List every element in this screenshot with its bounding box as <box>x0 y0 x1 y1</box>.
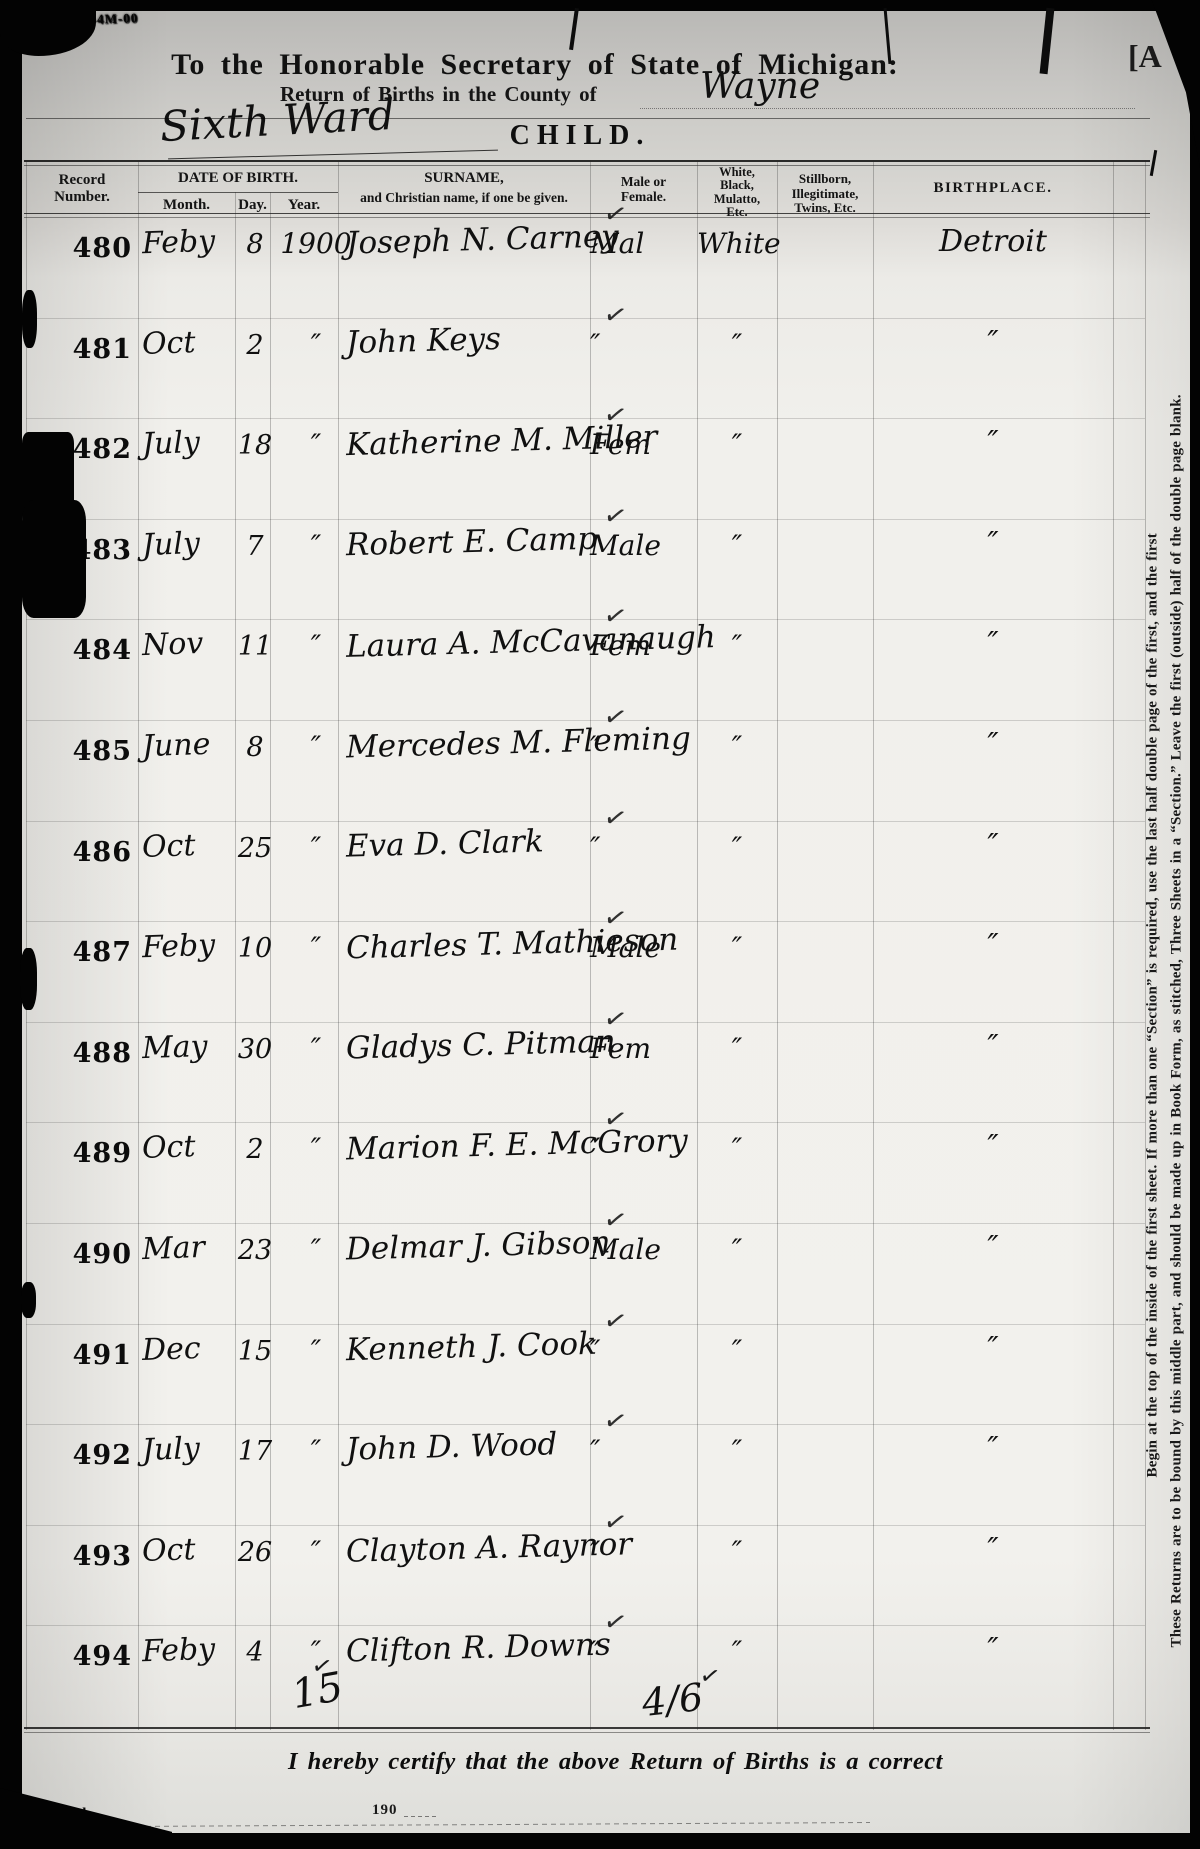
binding-instruction-line-1: These Returns are to be bound by this mi… <box>1165 313 1189 1658</box>
corner-bracket-mark: [A <box>1128 38 1162 75</box>
child-name: Mercedes M. Fleming <box>346 720 692 765</box>
birth-month: Feby <box>141 224 215 262</box>
sex-value: ″ <box>590 328 600 361</box>
child-name: Clifton R. Downs <box>346 1627 612 1670</box>
child-name: John Keys <box>346 321 502 361</box>
record-number: 489 <box>26 1138 132 1169</box>
birthplace-cell: ″ <box>873 1431 1113 1466</box>
record-number: 481 <box>26 334 132 365</box>
birth-month: Oct <box>141 325 196 362</box>
header-surname-sub: and Christian name, if one be given. <box>338 190 590 205</box>
edge-blob <box>21 1282 36 1318</box>
birth-month: Oct <box>141 1129 196 1166</box>
color-cell: ″ <box>697 730 777 763</box>
color-cell: ″ <box>697 831 777 864</box>
record-number: 492 <box>26 1440 132 1471</box>
child-name: Kenneth J. Cook <box>346 1325 598 1368</box>
birth-month: Oct <box>141 828 196 865</box>
record-number: 488 <box>26 1038 132 1069</box>
birth-month: June <box>141 727 211 764</box>
birthplace-cell: ″ <box>873 1532 1113 1567</box>
child-name: Marion F. E. McGrory <box>346 1123 689 1168</box>
birthplace-cell: ″ <box>873 626 1113 661</box>
sex-value: ″ <box>590 1635 600 1668</box>
header-date-of-birth: DATE OF BIRTH. <box>138 170 338 187</box>
child-name: Gladys C. Pitman <box>346 1023 617 1066</box>
birthplace-cell: ″ <box>873 325 1113 360</box>
record-number: 493 <box>26 1541 132 1572</box>
sex-value: ″ <box>590 1132 600 1165</box>
record-number: 486 <box>26 837 132 868</box>
record-number: 494 <box>26 1641 132 1672</box>
record-number: 484 <box>26 635 132 666</box>
sex-value: Male <box>590 931 661 964</box>
header-birthplace: BIRTHPLACE. <box>873 180 1113 197</box>
county-handwritten: Wayne <box>700 66 820 107</box>
sex-column-tally: 4/6 <box>640 1675 705 1725</box>
record-number: 480 <box>26 233 132 264</box>
scan-edge-right <box>1190 0 1200 1849</box>
sex-value: Male <box>590 1233 661 1266</box>
binding-instruction-line-2: Begin at the top of the inside of the fi… <box>1141 313 1165 1658</box>
record-number: 485 <box>26 736 132 767</box>
table-row: 482 July 18 ″ Katherine M. Miller ✓Fem ″… <box>26 418 1145 518</box>
color-cell: ″ <box>697 931 777 964</box>
header-month: Month. <box>138 197 235 214</box>
birthplace-cell: ″ <box>873 425 1113 460</box>
color-cell: ″ <box>697 1334 777 1367</box>
sex-value: ″ <box>590 730 600 763</box>
year-stub: 190 <box>372 1802 398 1819</box>
birth-month: Mar <box>141 1230 205 1267</box>
birthplace-cell: ″ <box>873 526 1113 561</box>
record-number: 491 <box>26 1340 132 1371</box>
birthplace-cell: ″ <box>873 828 1113 863</box>
header-year: Year. <box>270 197 338 214</box>
header-day: Day. <box>235 197 270 214</box>
birthplace-cell: ″ <box>873 1230 1113 1265</box>
sex-value: Fem <box>590 1032 651 1065</box>
header-stillborn: Stillborn, Illegitimate, Twins, Etc. <box>777 172 873 216</box>
birth-month: July <box>141 1431 200 1468</box>
table-row: 488 May 30 ″ Gladys C. Pitman ✓Fem ″ ″ <box>26 1022 1145 1122</box>
birth-month: July <box>141 526 200 563</box>
birth-month: July <box>141 425 200 462</box>
scan-edge-bottom <box>0 1833 1200 1849</box>
table-row: 487 Feby 10 ″ Charles T. Mathieson ✓Male… <box>26 921 1145 1021</box>
color-cell: ″ <box>697 1434 777 1467</box>
child-name: Eva D. Clark <box>346 823 545 864</box>
county-blank-line <box>640 108 1135 109</box>
header-sex: Male or Female. <box>590 174 697 204</box>
birthplace-cell: ″ <box>873 928 1113 963</box>
table-row: 486 Oct 25 ″ Eva D. Clark ✓″ ″ ″ <box>26 821 1145 921</box>
child-name: Delmar J. Gibson <box>346 1225 611 1268</box>
child-name: Robert E. Camp <box>346 521 598 564</box>
sex-value: ″ <box>590 1334 600 1367</box>
header-record-number: Record Number. <box>26 172 138 206</box>
edge-blob <box>22 290 37 348</box>
color-cell: ″ <box>697 428 777 461</box>
child-name: John D. Wood <box>346 1426 558 1468</box>
record-number: 490 <box>26 1239 132 1270</box>
color-cell: ″ <box>697 1233 777 1266</box>
scan-edge-top <box>0 0 1200 11</box>
sex-value: ″ <box>590 1434 600 1467</box>
table-row: 489 Oct 2 ″ Marion F. E. McGrory ✓″ ″ ″ <box>26 1122 1145 1222</box>
year-stub-line <box>404 1816 438 1817</box>
color-cell: ″ <box>697 328 777 361</box>
birth-month: Feby <box>141 928 215 966</box>
birthplace-cell: ″ <box>873 1129 1113 1164</box>
birthplace-cell: ″ <box>873 1029 1113 1064</box>
table-row: 484 Nov 11 ″ Laura A. McCavanaugh ✓Fem ″… <box>26 619 1145 719</box>
table-row: 480 Feby 8 1900 Joseph N. Carney ✓Mal Wh… <box>26 217 1145 317</box>
sex-value: ″ <box>590 831 600 864</box>
edge-blob <box>22 500 86 618</box>
birth-month: Oct <box>141 1532 196 1569</box>
table-row: 492 July 17 ″ John D. Wood ✓″ ″ ″ <box>26 1424 1145 1524</box>
page-title: To the Honorable Secretary of State of M… <box>0 48 1070 82</box>
table-row: 493 Oct 26 ″ Clayton A. Raynor ✓″ ″ ″ <box>26 1525 1145 1625</box>
table-row: 491 Dec 15 ″ Kenneth J. Cook ✓″ ″ ″ <box>26 1324 1145 1424</box>
child-name: Laura A. McCavanaugh <box>346 620 717 666</box>
birthplace-cell: ″ <box>873 727 1113 762</box>
certification-line: I hereby certify that the above Return o… <box>288 1748 943 1776</box>
section-heading: CHILD. <box>495 120 665 152</box>
birth-month: Nov <box>141 626 203 663</box>
birthplace-cell: ″ <box>873 1632 1113 1667</box>
table-row: 490 Mar 23 ″ Delmar J. Gibson ✓Male ″ ″ <box>26 1223 1145 1323</box>
record-number: 487 <box>26 937 132 968</box>
sex-value: Male <box>590 529 661 562</box>
birth-month: May <box>141 1029 208 1066</box>
header-color: White, Black, Mulatto, Etc. <box>697 166 777 219</box>
header-surname: SURNAME, <box>338 170 590 187</box>
color-cell: White <box>697 227 777 260</box>
table-row: 483 July 7 ″ Robert E. Camp ✓Male ″ ″ <box>26 519 1145 619</box>
table-row: 494 Feby 4 ″ Clifton R. Downs ✓″ ″ ″ <box>26 1625 1145 1725</box>
color-cell: ″ <box>697 1032 777 1065</box>
sex-value: Fem <box>590 428 651 461</box>
color-cell: ″ <box>697 1132 777 1165</box>
color-cell: ″ <box>697 629 777 662</box>
scanned-register-page: Form 142-4M-00 To the Honorable Secretar… <box>0 0 1200 1849</box>
birthplace-cell: Detroit <box>873 224 1113 259</box>
edge-blob <box>20 948 37 1010</box>
child-name: Joseph N. Carney <box>346 218 620 261</box>
table-row: 485 June 8 ″ Mercedes M. Fleming ✓″ ″ ″ <box>26 720 1145 820</box>
binding-instructions: Begin at the top of the inside of the fi… <box>1141 313 1189 1658</box>
sex-value: ″ <box>590 1535 600 1568</box>
birthplace-cell: ″ <box>873 1331 1113 1366</box>
color-cell: ″ <box>697 529 777 562</box>
sex-value: Fem <box>590 629 651 662</box>
color-cell: ″ <box>697 1535 777 1568</box>
birth-month: Feby <box>141 1632 215 1670</box>
scan-edge-left <box>0 0 22 1849</box>
sex-value: Mal <box>590 227 644 260</box>
table-row: 481 Oct 2 ″ John Keys ✓″ ″ ″ <box>26 318 1145 418</box>
birth-month: Dec <box>141 1331 201 1368</box>
